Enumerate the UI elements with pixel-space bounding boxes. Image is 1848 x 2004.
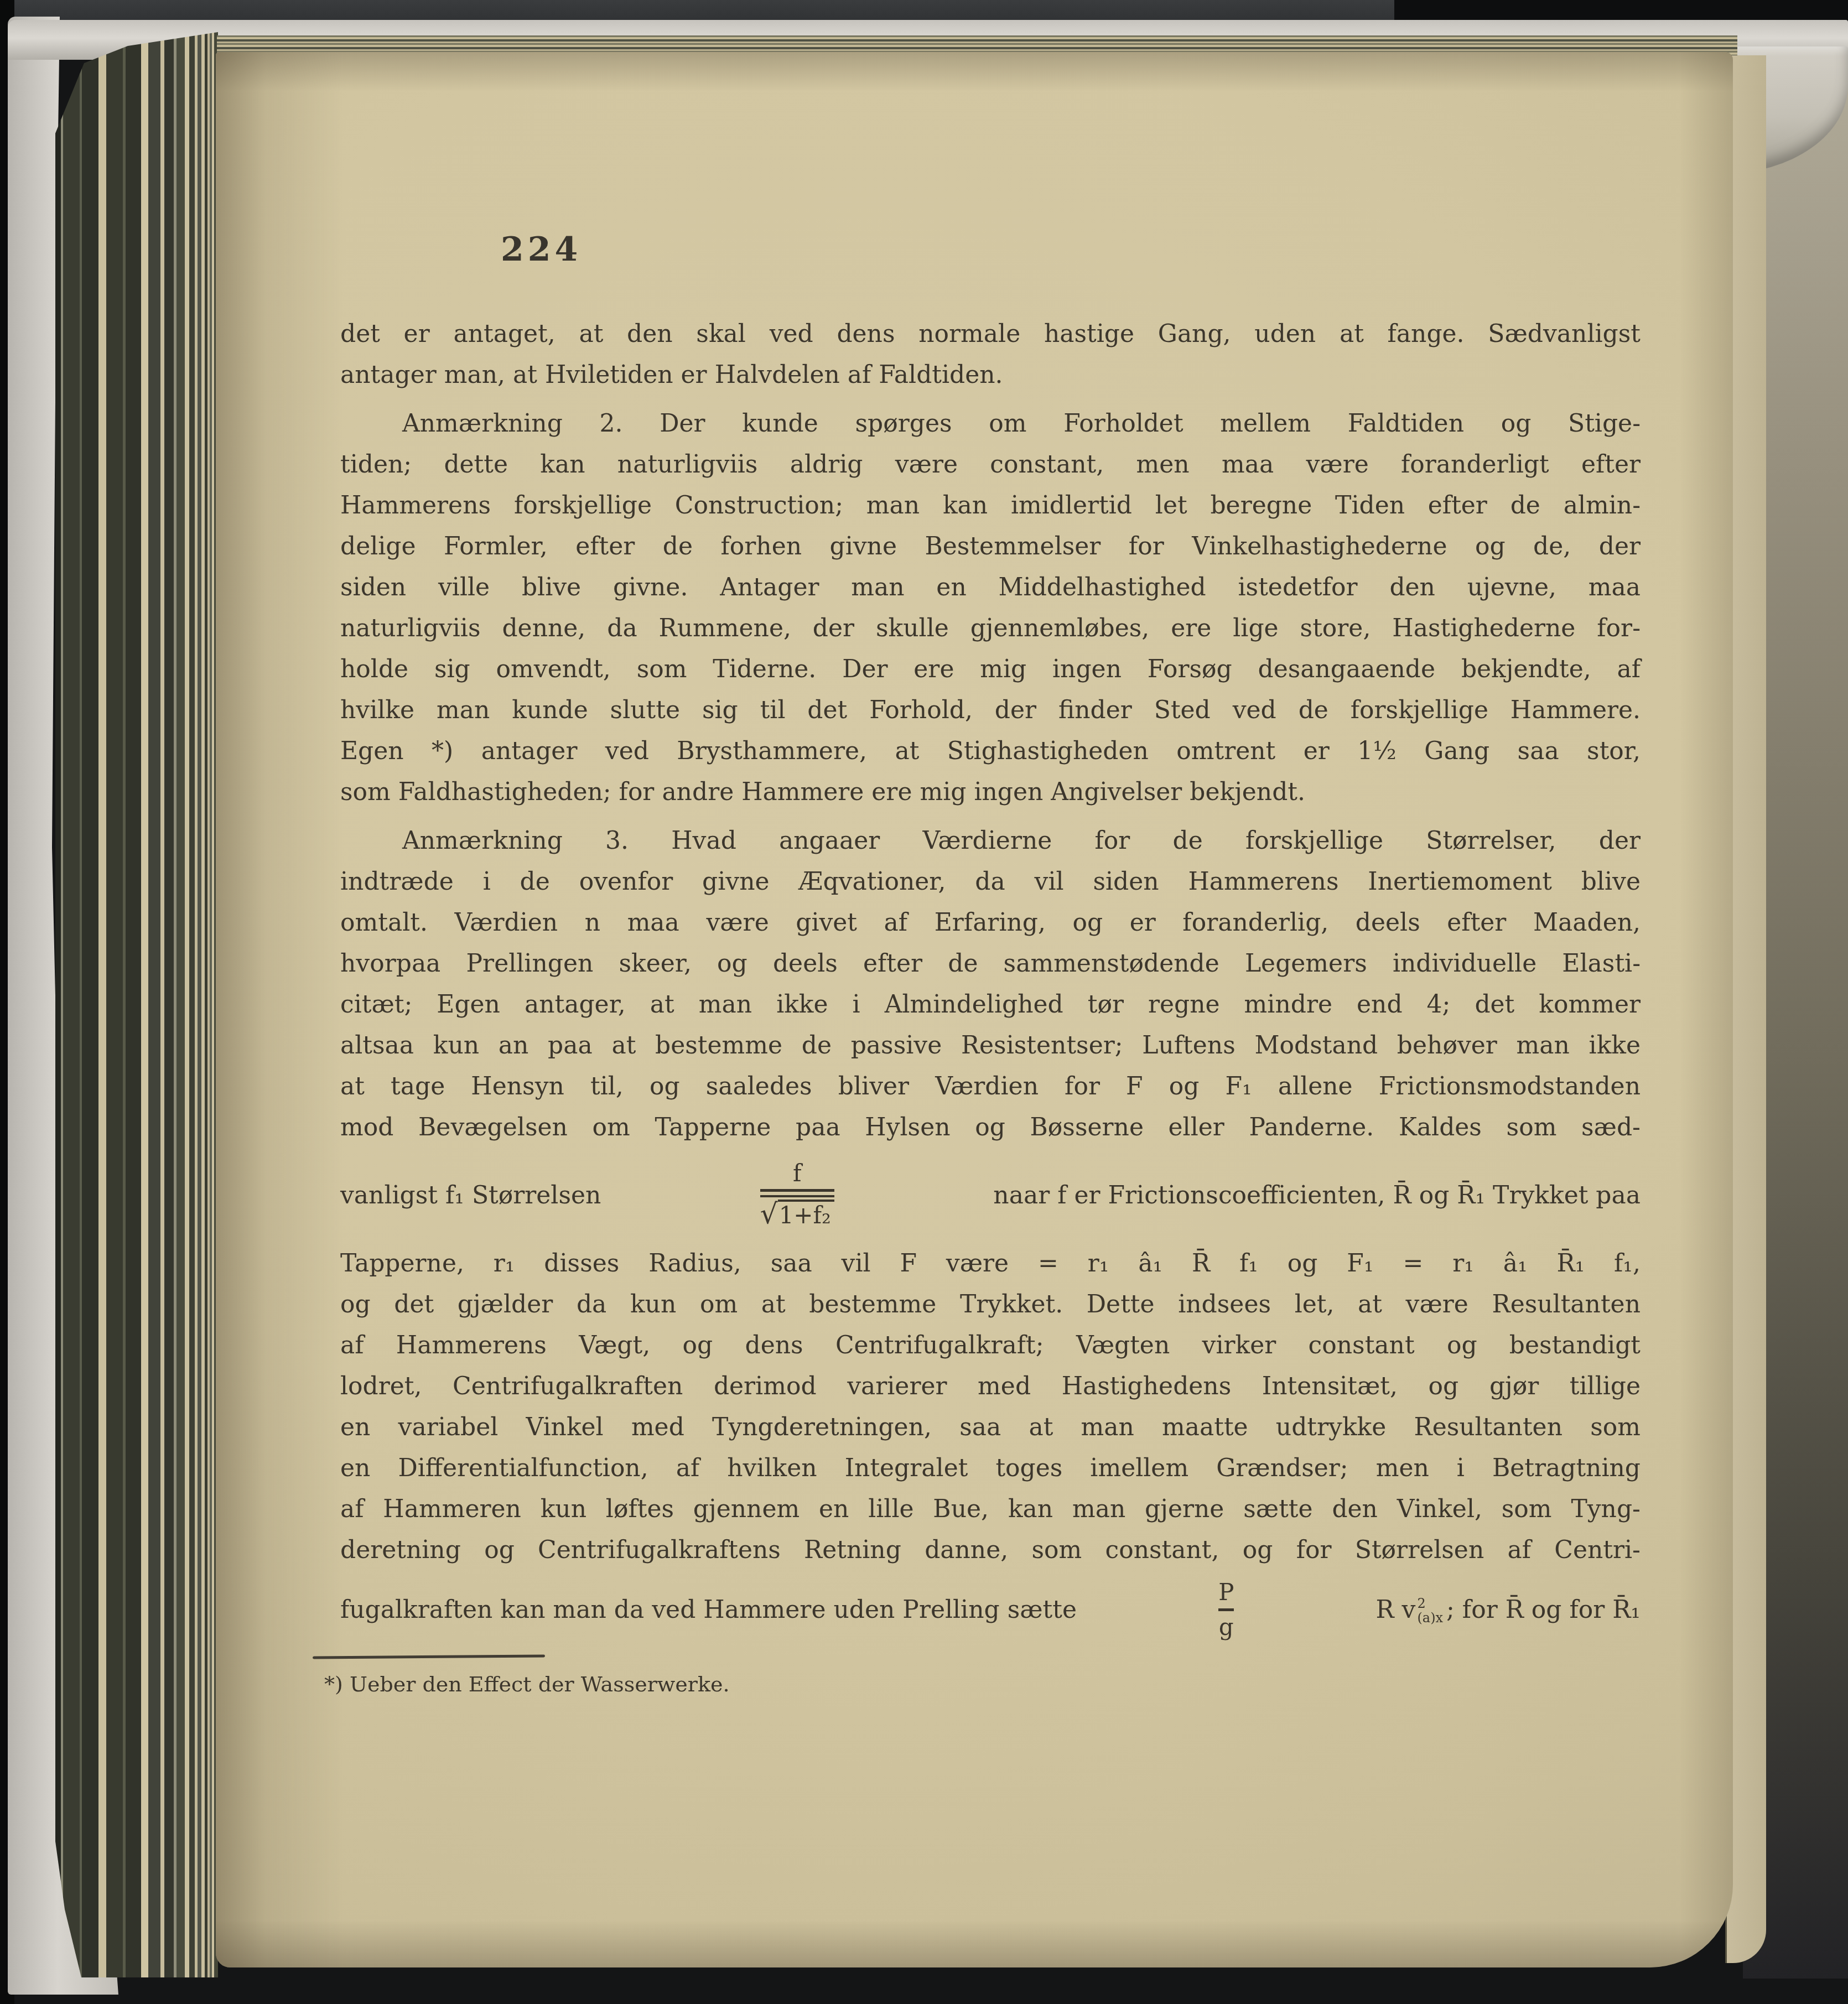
formula-tail-text: ; for R̄ og for R̄₁: [1446, 1596, 1641, 1624]
text-line-heading: Anmærkning 2. Der kunde spørges om Forho…: [340, 408, 1641, 442]
text-line: en variabel Vinkel med Tyngderetningen, …: [340, 1411, 1641, 1446]
formula-variable: R v: [1375, 1596, 1415, 1624]
sup-sub-stack: 2 (a)x: [1417, 1597, 1443, 1624]
text-line: indtræde i de ovenfor givne Æqvationer, …: [340, 866, 1641, 900]
text-line: mod Bevægelsen om Tapperne paa Hylsen og…: [340, 1112, 1641, 1146]
text-line: hvorpaa Prellingen skeer, og deels efter…: [340, 948, 1641, 982]
superscript: 2: [1417, 1597, 1425, 1611]
fraction-denominator: g: [1219, 1614, 1234, 1640]
text-line-heading: Anmærkning 3. Hvad angaaer Værdierne for…: [340, 825, 1641, 859]
formula-line-centrifugal: fugalkraften kan man da ved Hammere uden…: [340, 1567, 1641, 1653]
text-line: lodret, Centrifugalkraften derimod varie…: [340, 1370, 1641, 1405]
fraction-bar: [760, 1189, 834, 1197]
sqrt-radical: √: [760, 1198, 778, 1230]
text-line: at tage Hensyn til, og saaledes bliver V…: [340, 1071, 1641, 1105]
text-line: en Differentialfunction, af hvilken Inte…: [340, 1452, 1641, 1487]
text-line: delige Formler, efter de forhen givne Be…: [340, 531, 1641, 565]
text-line: som Faldhastigheden; for andre Hammere e…: [340, 776, 1641, 811]
text-line: Hammerens forskjellige Construction; man…: [340, 490, 1641, 524]
page-edges-left-stack: [55, 32, 218, 1977]
book-page: 224 det er antaget, at den skal ved dens…: [216, 52, 1733, 1967]
fraction-numerator: P: [1218, 1579, 1234, 1606]
text-line: det er antaget, at den skal ved dens nor…: [340, 318, 1641, 352]
scanned-book-page: 224 det er antaget, at den skal ved dens…: [0, 0, 1848, 2004]
text-line: antager man, at Hviletiden er Halvdelen …: [340, 359, 1641, 393]
text-line: altsaa kun an paa at bestemme de passive…: [340, 1030, 1641, 1064]
text-line: af Hammeren kun løftes gjennem en lille …: [340, 1493, 1641, 1528]
text-line: citæt; Egen antager, at man ikke i Almin…: [340, 989, 1641, 1023]
text-line: siden ville blive givne. Antager man en …: [340, 572, 1641, 606]
formula-line-friction: vanligst f₁ Størrelsen f √1+f₂ naar f er…: [340, 1145, 1641, 1245]
formula-lead-text: fugalkraften kan man da ved Hammere uden…: [340, 1596, 1077, 1624]
text-line: hvilke man kunde slutte sig til det Forh…: [340, 694, 1641, 729]
fraction: P g: [1218, 1579, 1234, 1641]
fraction-denominator: √1+f₂: [760, 1198, 834, 1231]
sqrt-radicand: 1+f₂: [778, 1200, 834, 1229]
footnote: *) Ueber den Effect der Wasserwerke.: [324, 1672, 1099, 1696]
text-line: tiden; dette kan naturligviis aldrig vær…: [340, 449, 1641, 483]
fraction: f √1+f₂: [760, 1160, 834, 1231]
text-line: Egen *) antager ved Brysthammere, at Sti…: [340, 735, 1641, 770]
fraction-numerator: f: [793, 1160, 802, 1187]
formula-tail-text: naar f er Frictionscoefficienten, R̄ og …: [993, 1181, 1641, 1209]
text-line: holde sig omvendt, som Tiderne. Der ere …: [340, 653, 1641, 688]
text-line: Tapperne, r₁ disses Radius, saa vil F væ…: [340, 1248, 1641, 1282]
footnote-rule: [313, 1655, 545, 1659]
text-line: deretning og Centrifugalkraftens Retning…: [340, 1534, 1641, 1569]
subscript: (a)x: [1417, 1611, 1443, 1625]
text-line: og det gjælder da kun om at bestemme Try…: [340, 1289, 1641, 1323]
text-line: af Hammerens Vægt, og dens Centrifugalkr…: [340, 1330, 1641, 1364]
formula-tail-group: R v 2 (a)x ; for R̄ og for R̄₁: [1375, 1596, 1641, 1624]
page-number: 224: [501, 230, 582, 269]
fraction-bar: [1218, 1608, 1234, 1611]
text-line: omtalt. Værdien n maa være givet af Erfa…: [340, 907, 1641, 941]
text-line: naturligviis denne, da Rummene, der skul…: [340, 612, 1641, 647]
formula-lead-text: vanligst f₁ Størrelsen: [340, 1181, 601, 1209]
